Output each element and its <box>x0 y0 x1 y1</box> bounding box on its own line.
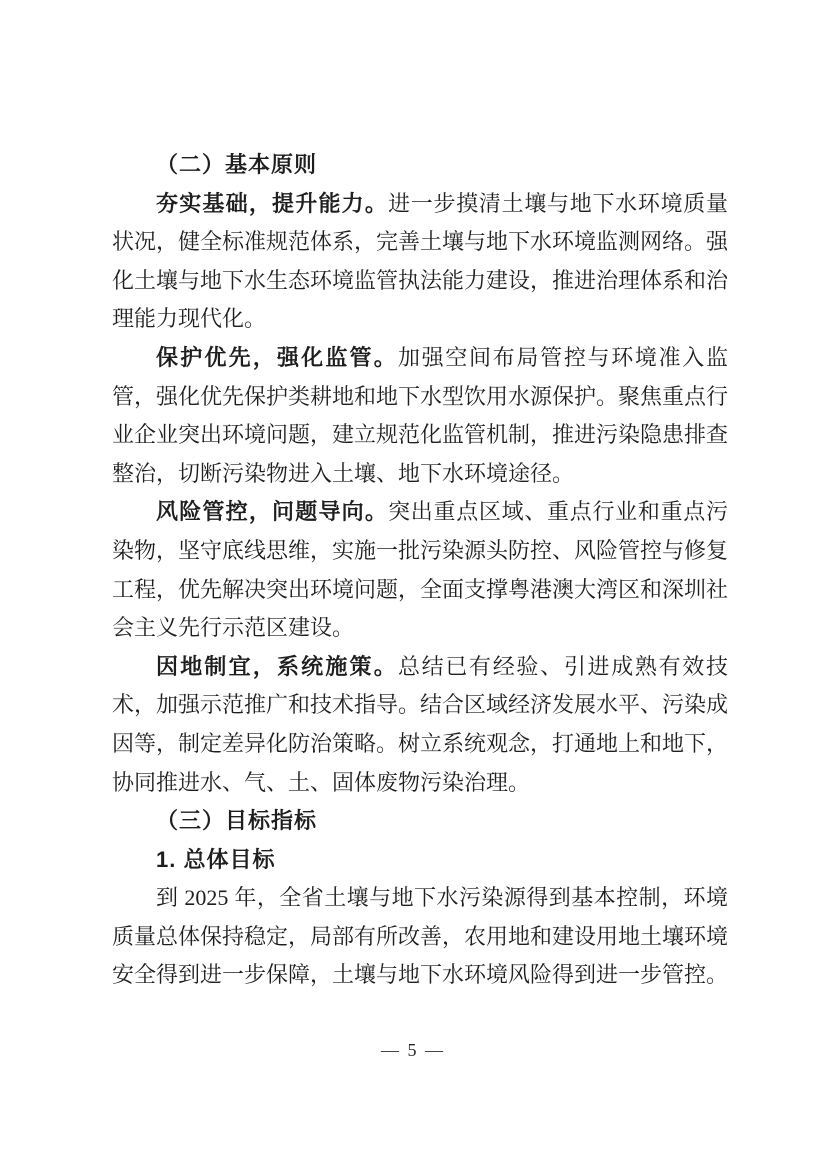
principle-lead-text: 风险管控，问题导向。 <box>156 499 388 524</box>
paragraph-overall-goal: 到 2025 年，全省土壤与地下水污染源得到基本控制，环境质量总体保持稳定，局部… <box>112 879 728 995</box>
section-heading-basic-principles: （二）基本原则 <box>112 146 728 185</box>
document-page: （二）基本原则 夯实基础，提升能力。进一步摸清土壤与地下水环境质量状况，健全标准… <box>0 0 826 1169</box>
subsection-heading-overall-goal: 1. 总体目标 <box>112 841 728 880</box>
paragraph-principle-consolidate-foundation: 夯实基础，提升能力。进一步摸清土壤与地下水环境质量状况，健全标准规范体系，完善土… <box>112 185 728 339</box>
paragraph-principle-local-conditions: 因地制宜，系统施策。总结已有经验、引进成熟有效技术，加强示范推广和技术指导。结合… <box>112 648 728 802</box>
paragraph-principle-risk-control: 风险管控，问题导向。突出重点区域、重点行业和重点污染物，坚守底线思维，实施一批污… <box>112 493 728 647</box>
principle-lead-text: 因地制宜，系统施策。 <box>156 654 398 679</box>
page-number: — 5 — <box>0 1040 826 1061</box>
document-body: （二）基本原则 夯实基础，提升能力。进一步摸清土壤与地下水环境质量状况，健全标准… <box>112 146 728 995</box>
principle-lead-text: 保护优先，强化监管。 <box>156 345 398 370</box>
section-heading-target-indicators: （三）目标指标 <box>112 802 728 841</box>
principle-lead-text: 夯实基础，提升能力。 <box>156 191 388 216</box>
paragraph-principle-protection-first: 保护优先，强化监管。加强空间布局管控与环境准入监管，强化优先保护类耕地和地下水型… <box>112 339 728 493</box>
